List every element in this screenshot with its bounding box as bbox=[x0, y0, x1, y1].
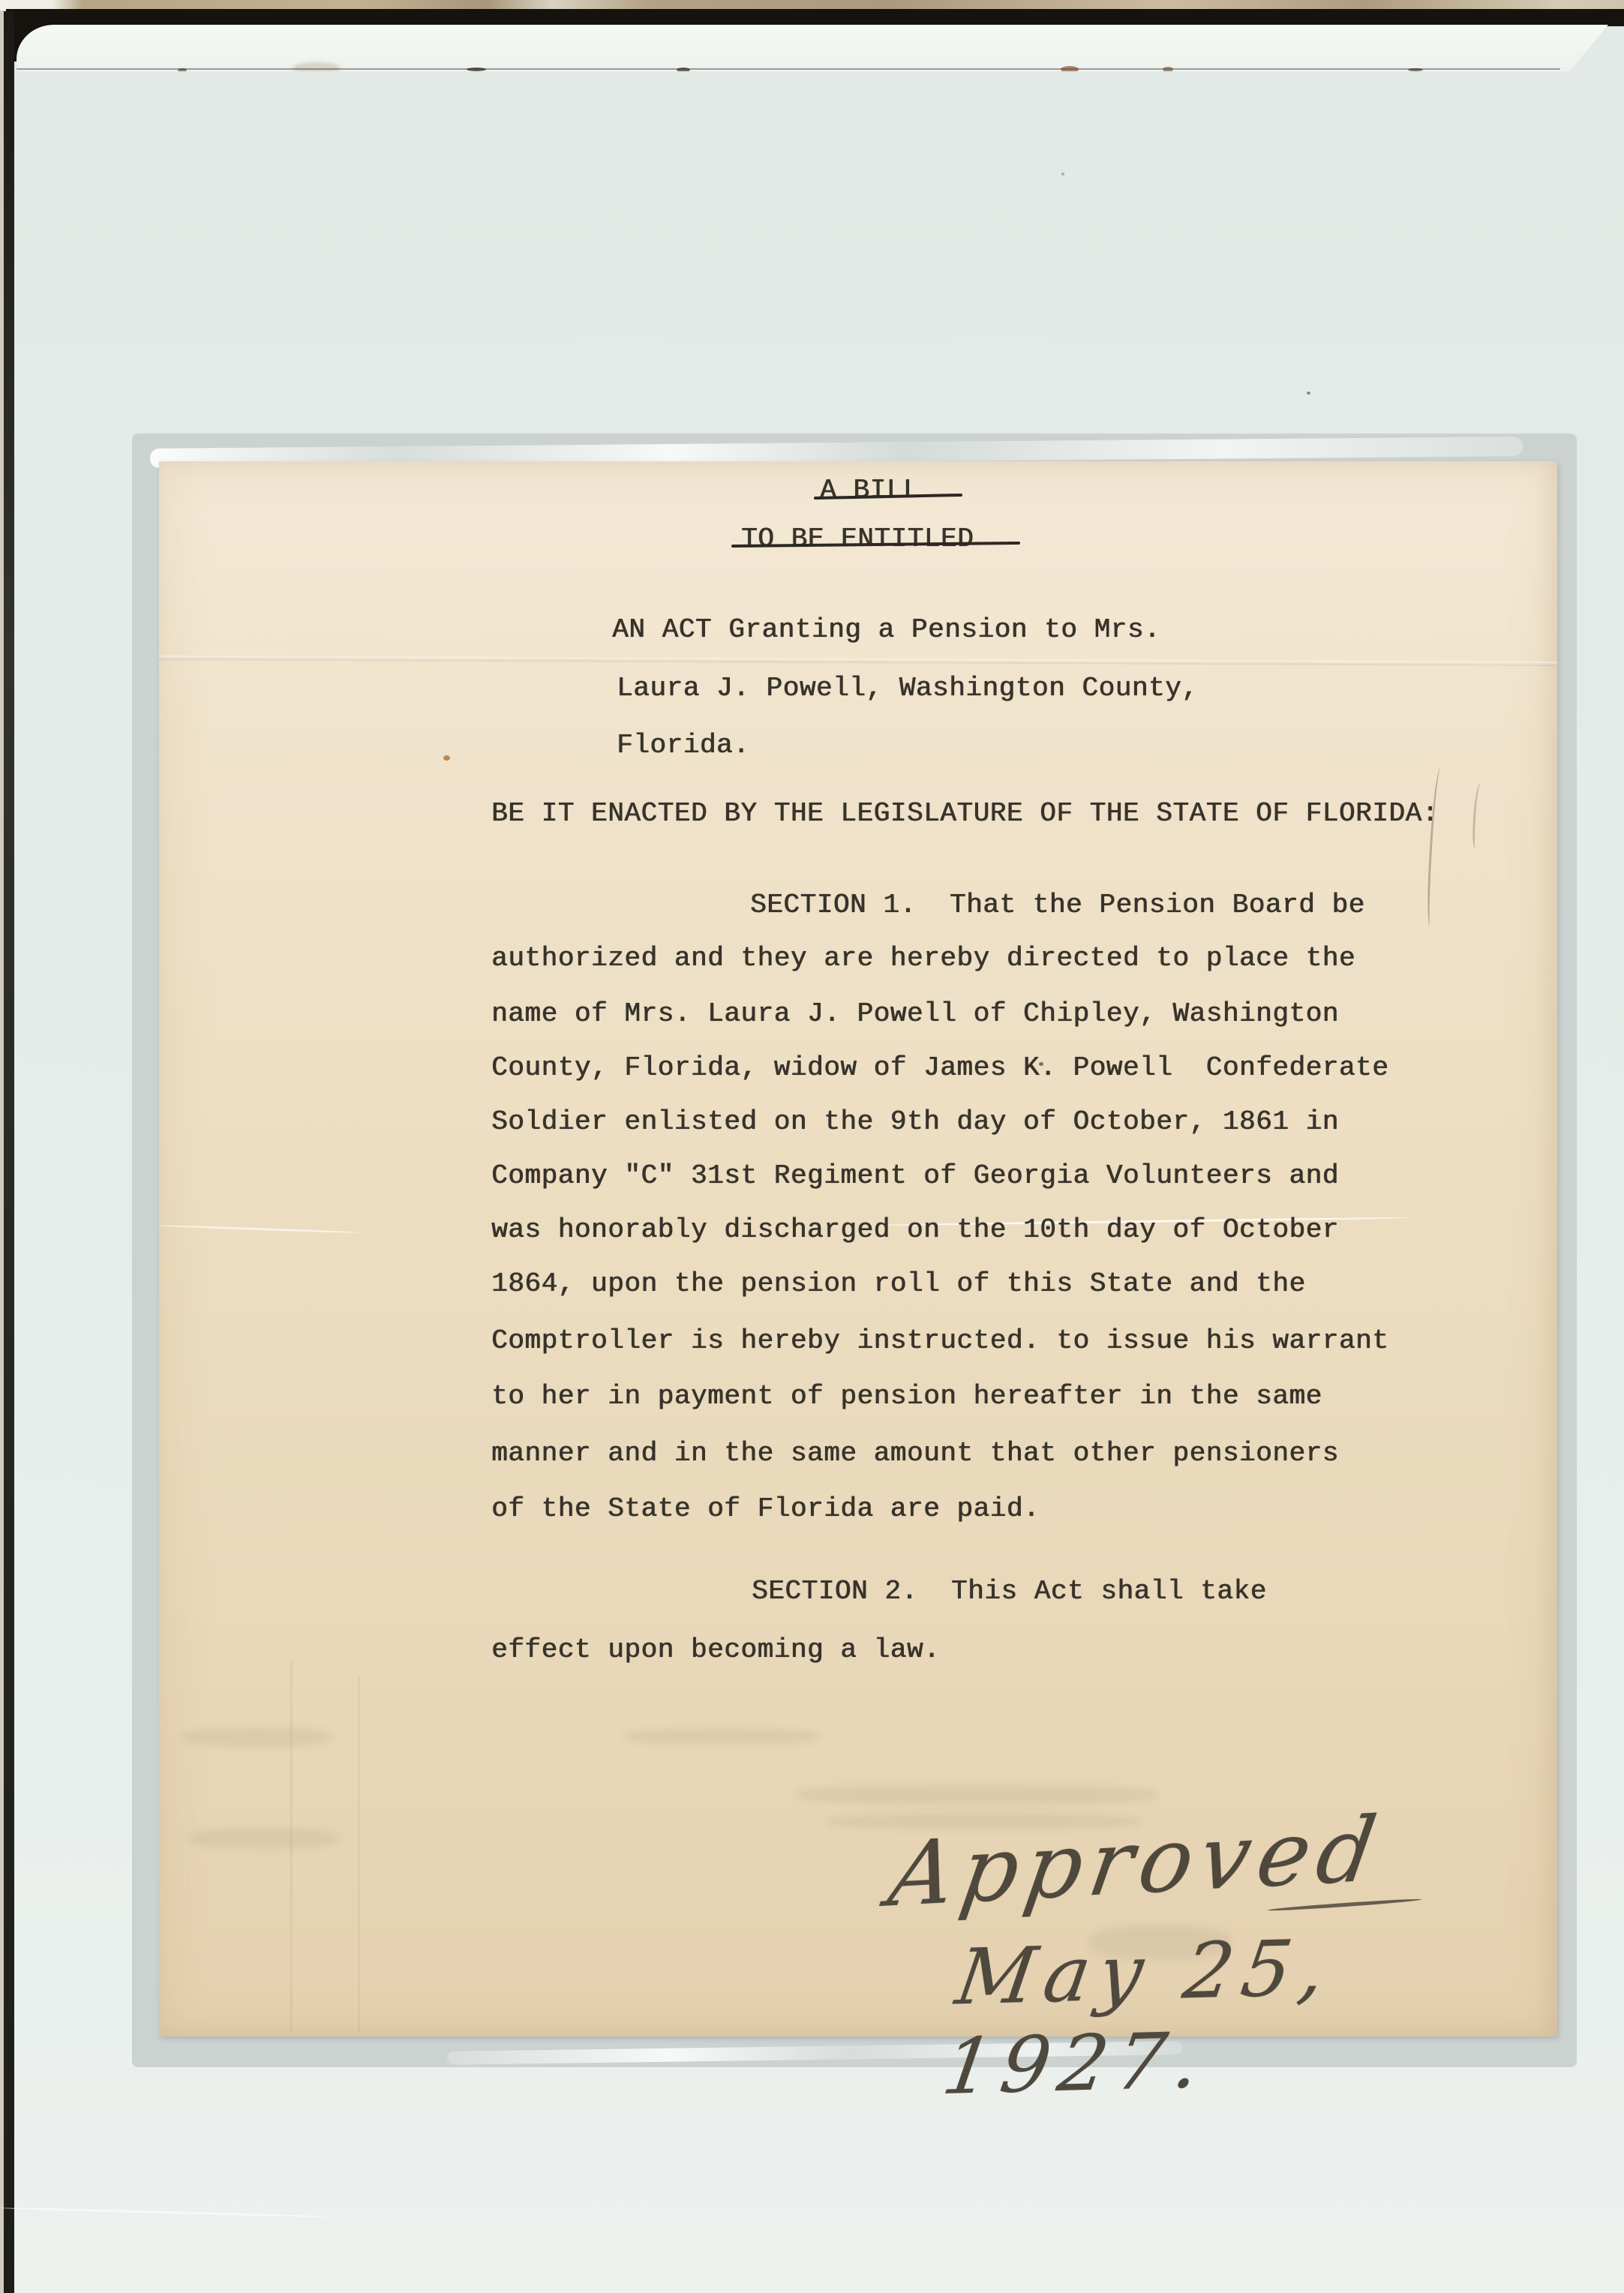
caption-line: Laura J. Powell, Washington County, bbox=[617, 672, 1198, 704]
seam-speck bbox=[467, 68, 486, 71]
section1-line: was honorably discharged on the 10th day… bbox=[491, 1214, 1339, 1246]
handwritten-approval-date: May 25, 1927. bbox=[937, 1917, 1570, 2112]
section2-line: SECTION 2. This Act shall take bbox=[752, 1575, 1267, 1607]
tape-strip bbox=[17, 25, 1608, 71]
section1-line: Soldier enlisted on the 9th day of Octob… bbox=[491, 1106, 1339, 1138]
section1-line: Company "C" 31st Regiment of Georgia Vol… bbox=[491, 1160, 1339, 1192]
bleed-through-smudge bbox=[797, 1785, 1157, 1805]
section2-line: effect upon becoming a law. bbox=[491, 1634, 940, 1666]
enacting-clause: BE IT ENACTED BY THE LEGISLATURE OF THE … bbox=[491, 797, 1439, 830]
seam-speck bbox=[178, 68, 187, 72]
section1-line: SECTION 1. That the Pension Board be bbox=[750, 889, 1365, 921]
section1-line: of the State of Florida are paid. bbox=[491, 1493, 1040, 1525]
dust-speck bbox=[1307, 392, 1310, 395]
dust-speck bbox=[1061, 173, 1064, 176]
pencil-stray-mark bbox=[1425, 767, 1445, 926]
seam-speck bbox=[1408, 68, 1423, 71]
seam-speck bbox=[677, 68, 690, 72]
section1-line: County, Florida, widow of James K. Powel… bbox=[491, 1052, 1388, 1084]
caption-line: AN ACT Granting a Pension to Mrs. bbox=[612, 614, 1160, 646]
paper-fold-line bbox=[358, 1676, 360, 2033]
caption-line: Florida. bbox=[617, 729, 749, 761]
struck-title-line-2: TO BE ENTITLED bbox=[741, 523, 974, 555]
pencil-stray-mark bbox=[1472, 782, 1484, 848]
section1-line: 1864, upon the pension roll of this Stat… bbox=[491, 1268, 1306, 1300]
bleed-through-smudge bbox=[624, 1729, 819, 1744]
rust-speck bbox=[443, 755, 450, 761]
section1-line: manner and in the same amount that other… bbox=[491, 1437, 1339, 1469]
section1-line: name of Mrs. Laura J. Powell of Chipley,… bbox=[491, 998, 1339, 1030]
background-crease bbox=[0, 2207, 330, 2218]
bleed-through-smudge bbox=[182, 1727, 332, 1747]
tape-seam-line bbox=[17, 68, 1560, 70]
seam-speck bbox=[1163, 67, 1173, 72]
scan-mat-band bbox=[6, 9, 1624, 26]
section1-line: authorized and they are hereby directed … bbox=[491, 942, 1355, 974]
struck-title-line-1: A BILL bbox=[820, 474, 920, 506]
seam-speck bbox=[1061, 66, 1079, 73]
section1-line: to her in payment of pension hereafter i… bbox=[491, 1380, 1322, 1412]
document-paper: A BILL TO BE ENTITLED AN ACT Granting a … bbox=[159, 461, 1557, 2036]
paper-crease bbox=[159, 1224, 358, 1233]
bleed-through-smudge bbox=[189, 1828, 339, 1849]
document-sleeve: A BILL TO BE ENTITLED AN ACT Granting a … bbox=[132, 434, 1577, 2067]
scan-left-edge-strip bbox=[4, 11, 14, 2293]
paper-crease bbox=[159, 656, 1557, 666]
section1-line: Comptroller is hereby instructed. to iss… bbox=[491, 1325, 1388, 1357]
scanned-document-page: A BILL TO BE ENTITLED AN ACT Granting a … bbox=[0, 0, 1624, 2293]
